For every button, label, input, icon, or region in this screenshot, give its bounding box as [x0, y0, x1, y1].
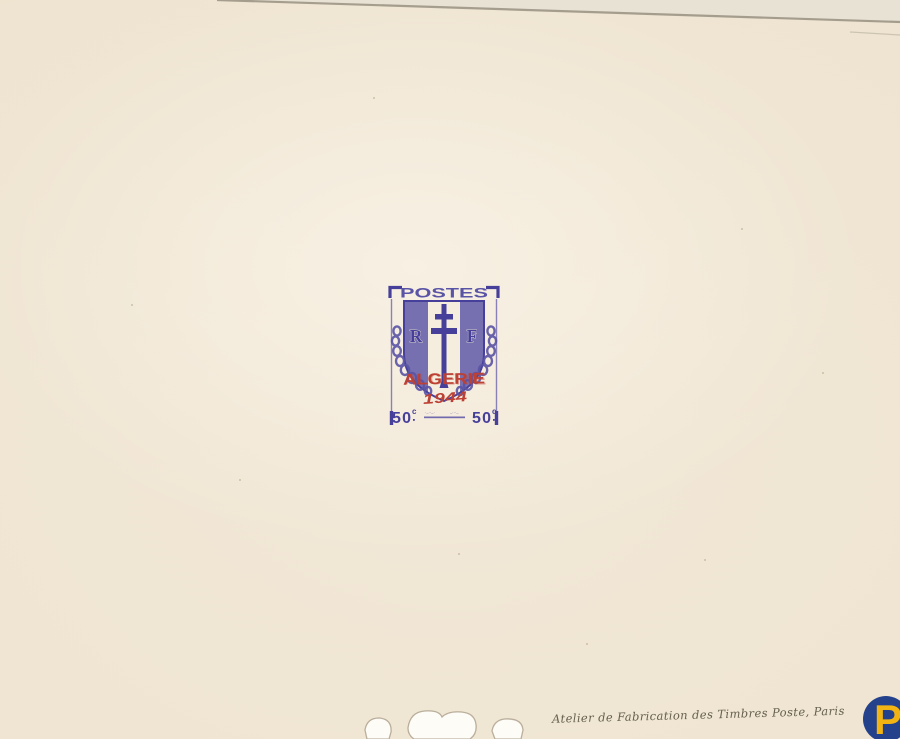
- stamp-impression: POSTES R F: [388, 285, 500, 427]
- paper-speck: [373, 97, 375, 99]
- paper-speck: [131, 304, 133, 306]
- abrasion-spot-2: [408, 711, 476, 739]
- denomination-left-dot: [413, 419, 415, 421]
- paper-speck: [586, 643, 588, 645]
- paper-speck: [239, 479, 241, 481]
- letter-f: F: [467, 326, 478, 346]
- postes-inscription: POSTES: [400, 286, 488, 301]
- engraver-marks-left: ·‒··‒·: [425, 410, 435, 415]
- denomination-right-dot: [493, 419, 495, 421]
- denomination-left-value: 50: [392, 410, 411, 427]
- denomination-right-value: 50: [472, 410, 491, 427]
- paper-speck: [458, 553, 460, 555]
- abrasion-spot-1: [365, 718, 391, 739]
- overprint-algerie: ALGERIE: [403, 370, 485, 388]
- overprint-1944: 1944: [422, 388, 467, 407]
- engraver-rule-bar: [424, 417, 465, 419]
- engraver-marks-right: ‒···‒: [450, 410, 459, 415]
- printer-imprint: Atelier de Fabrication des Timbres Poste…: [552, 702, 897, 726]
- cross-upper-bar: [435, 314, 453, 320]
- paper-speck: [822, 372, 824, 374]
- card-top-edge: [0, 0, 900, 36]
- paper-speck: [741, 228, 743, 230]
- publisher-logo-icon: P: [860, 694, 900, 739]
- card-edge-faint-line: [850, 32, 900, 35]
- abrasion-spot-3: [492, 719, 523, 739]
- logo-letter: P: [874, 696, 900, 739]
- letter-r: R: [410, 326, 424, 346]
- denomination-right: 50 c: [472, 407, 497, 427]
- denomination-left-unit: c: [412, 407, 417, 416]
- paper-abrasion-spots: [340, 705, 540, 739]
- denomination-right-unit: c: [492, 407, 497, 416]
- denomination-left: 50 c: [392, 407, 417, 427]
- scanned-proof-card: { "stamp": { "inscription_top": "POSTES"…: [0, 0, 900, 739]
- overprint-group: ALGERIE ALGERIE 1944: [403, 370, 486, 407]
- paper-speck: [704, 559, 706, 561]
- cross-lower-bar: [431, 328, 457, 334]
